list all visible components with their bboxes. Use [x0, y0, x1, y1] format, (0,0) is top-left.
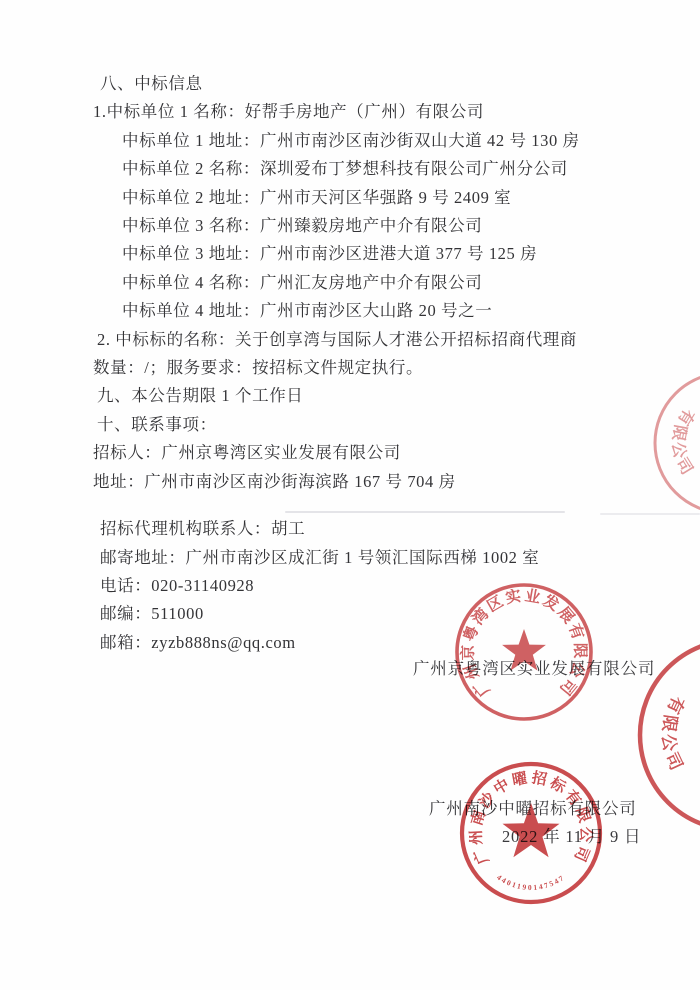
seal-ring-text: 有限公司	[658, 693, 688, 776]
doc-line: 招标代理机构联系人：胡工	[93, 515, 673, 543]
doc-line: 中标单位 3 地址：广州市南沙区进港大道 377 号 125 房	[93, 240, 673, 268]
doc-line: 中标单位 4 地址：广州市南沙区大山路 20 号之一	[93, 297, 673, 325]
seal-ring-text: 有限公司	[668, 406, 698, 481]
doc-line: 九、本公告期限 1 个工作日	[93, 382, 673, 410]
doc-line: 地址：广州市南沙区南沙街海滨路 167 号 704 房	[93, 468, 673, 496]
doc-line: 1.中标单位 1 名称：好帮手房地产（广州）有限公司	[93, 98, 673, 126]
document-page: 八、中标信息1.中标单位 1 名称：好帮手房地产（广州）有限公司中标单位 1 地…	[0, 0, 700, 990]
doc-line: 十、联系事项：	[93, 411, 673, 439]
scan-artifact-line	[285, 511, 565, 513]
doc-line: 八、中标信息	[93, 70, 673, 98]
partial-seal-lower-icon: 有限公司	[630, 630, 700, 840]
doc-line: 邮寄地址：广州市南沙区成汇街 1 号领汇国际西梯 1002 室	[93, 544, 673, 572]
doc-line: 中标单位 2 地址：广州市天河区华强路 9 号 2409 室	[93, 184, 673, 212]
seal-registration-number: 4401190147547	[495, 873, 567, 892]
doc-line: 中标单位 4 名称：广州汇友房地产中介有限公司	[93, 269, 673, 297]
partial-seal-upper-icon: 有限公司	[640, 358, 700, 528]
official-seal-jingyue-icon: 广州京粤湾区实业发展有限公司	[449, 577, 599, 727]
doc-line: 中标单位 2 名称：深圳爱布丁梦想科技有限公司广州分公司	[93, 155, 673, 183]
doc-line: 中标单位 3 名称：广州臻毅房地产中介有限公司	[93, 212, 673, 240]
doc-line: 招标人：广州京粤湾区实业发展有限公司	[93, 439, 673, 467]
seal-star-icon	[502, 629, 546, 671]
document-body: 八、中标信息1.中标单位 1 名称：好帮手房地产（广州）有限公司中标单位 1 地…	[93, 70, 673, 657]
doc-line: 数量：/；服务要求：按招标文件规定执行。	[93, 354, 673, 382]
doc-line: 中标单位 1 地址：广州市南沙区南沙街双山大道 42 号 130 房	[93, 127, 673, 155]
seal-star-icon	[503, 803, 560, 857]
official-seal-zhongyao-icon: 广州南沙中曜招标有限公司 4401190147547	[451, 753, 611, 913]
doc-line: 2. 中标标的名称：关于创享湾与国际人才港公开招标招商代理商	[93, 326, 673, 354]
